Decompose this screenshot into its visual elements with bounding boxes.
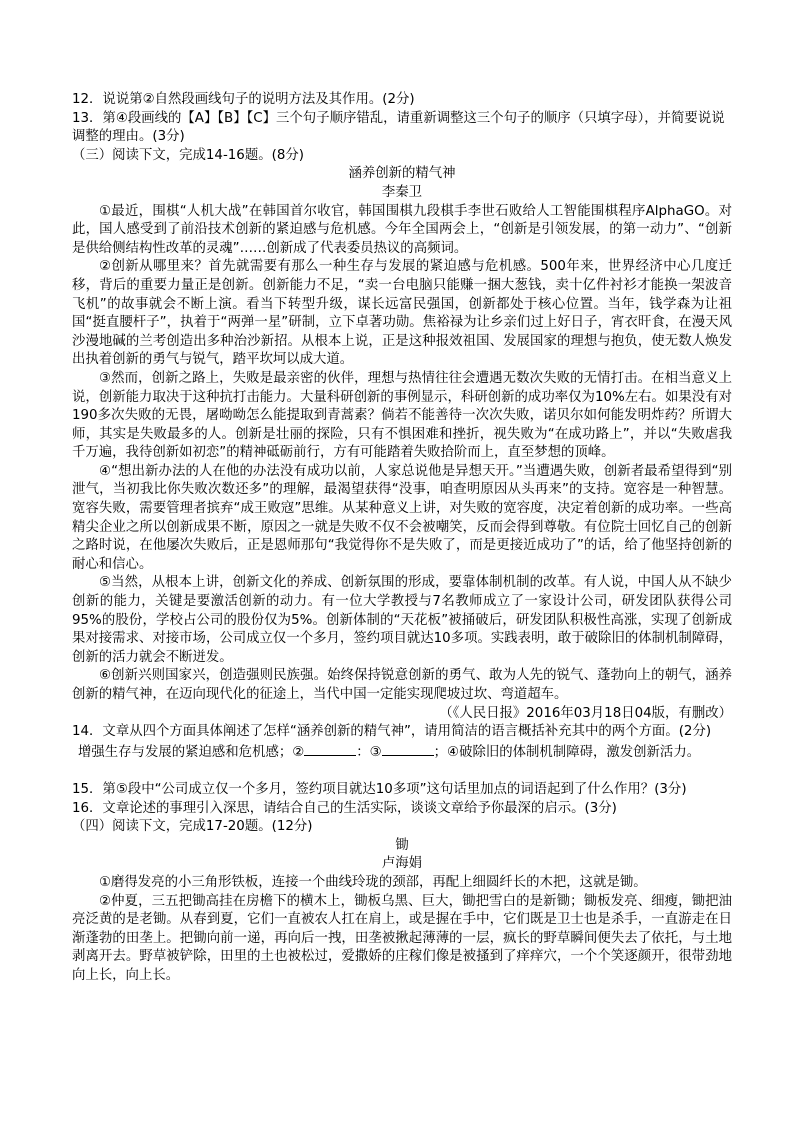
article-author: 李秦卫 xyxy=(72,184,732,203)
article-2-paragraph-1: ①磨得发亮的小三角形铁板，连接一个曲线玲珑的颈部，再配上细圆纤长的木把，这就是锄… xyxy=(72,874,732,893)
question-16: 16．文章论述的事理引入深思，请结合自己的生活实际，谈谈文章给予你最深的启示。(… xyxy=(72,800,732,819)
article-paragraph-5: ⑤当然，从根本上讲，创新文化的养成、创新氛围的形成，要靠体制机制的改革。有人说，… xyxy=(72,574,732,667)
article-paragraph-3: ③然而，创新之路上，失败是最亲密的伙伴，理想与热情往往会遭遇无数次失败的无情打击… xyxy=(72,370,732,463)
article-source: （《人民日报》2016年03月18日04版，有删改） xyxy=(72,705,732,724)
article-paragraph-6: ⑥创新兴则国家兴，创造强则民族强。始终保持锐意创新的勇气、敢为人先的锐气、蓬勃向… xyxy=(72,667,732,704)
article-paragraph-2: ②创新从哪里来？首先就需要有那么一种生存与发展的紧迫感与危机感。500年来，世界… xyxy=(72,258,732,370)
article-2-title: 锄 xyxy=(72,837,732,856)
article-title: 涵养创新的精气神 xyxy=(72,165,732,184)
answer-suffix: ；④破除旧的体制机制障碍，激发创新活力。 xyxy=(434,745,700,760)
section-3-heading: （三）阅读下文，完成14-16题。(8分) xyxy=(72,147,732,166)
answer-mid: ：③ xyxy=(356,745,381,760)
question-14-answer: 增强生存与发展的紧迫感和危机感；②：③；④破除旧的体制机制障碍，激发创新活力。 xyxy=(72,742,794,763)
section-4-heading: （四）阅读下文，完成17-20题。(12分) xyxy=(72,818,732,837)
question-13: 13．第④段画线的【A】【B】【C】三个句子顺序错乱，请重新调整这三个句子的顺序… xyxy=(72,110,732,147)
spacer xyxy=(72,762,732,781)
question-14: 14．文章从四个方面具体阐述了怎样“涵养创新的精气神”，请用简洁的语言概括补充其… xyxy=(72,723,732,742)
question-15: 15．第⑤段中“公司成立仅一个多月，签约项目就达10多项”这句话里加点的词语起到… xyxy=(72,781,732,800)
article-paragraph-4: ④“想出新办法的人在他的办法没有成功以前，人家总说他是异想天开。”当遭遇失败，创… xyxy=(72,463,732,575)
answer-prefix: 增强生存与发展的紧迫感和危机感；② xyxy=(78,745,304,760)
answer-blank-2[interactable] xyxy=(304,742,356,756)
answer-blank-3[interactable] xyxy=(382,742,434,756)
exam-page: 12．说说第②自然段画线句子的说明方法及其作用。(2分) 13．第④段画线的【A… xyxy=(72,91,732,986)
article-2-author: 卢海娟 xyxy=(72,855,732,874)
article-paragraph-1: ①最近，围棋“人机大战”在韩国首尔收官，韩国围棋九段棋手李世石败给人工智能围棋程… xyxy=(72,203,732,259)
question-12: 12．说说第②自然段画线句子的说明方法及其作用。(2分) xyxy=(72,91,732,110)
article-2-paragraph-2: ②仲夏，三五把锄高挂在房檐下的横木上，锄板乌黑、巨大，锄把雪白的是新锄；锄板发亮… xyxy=(72,893,732,986)
